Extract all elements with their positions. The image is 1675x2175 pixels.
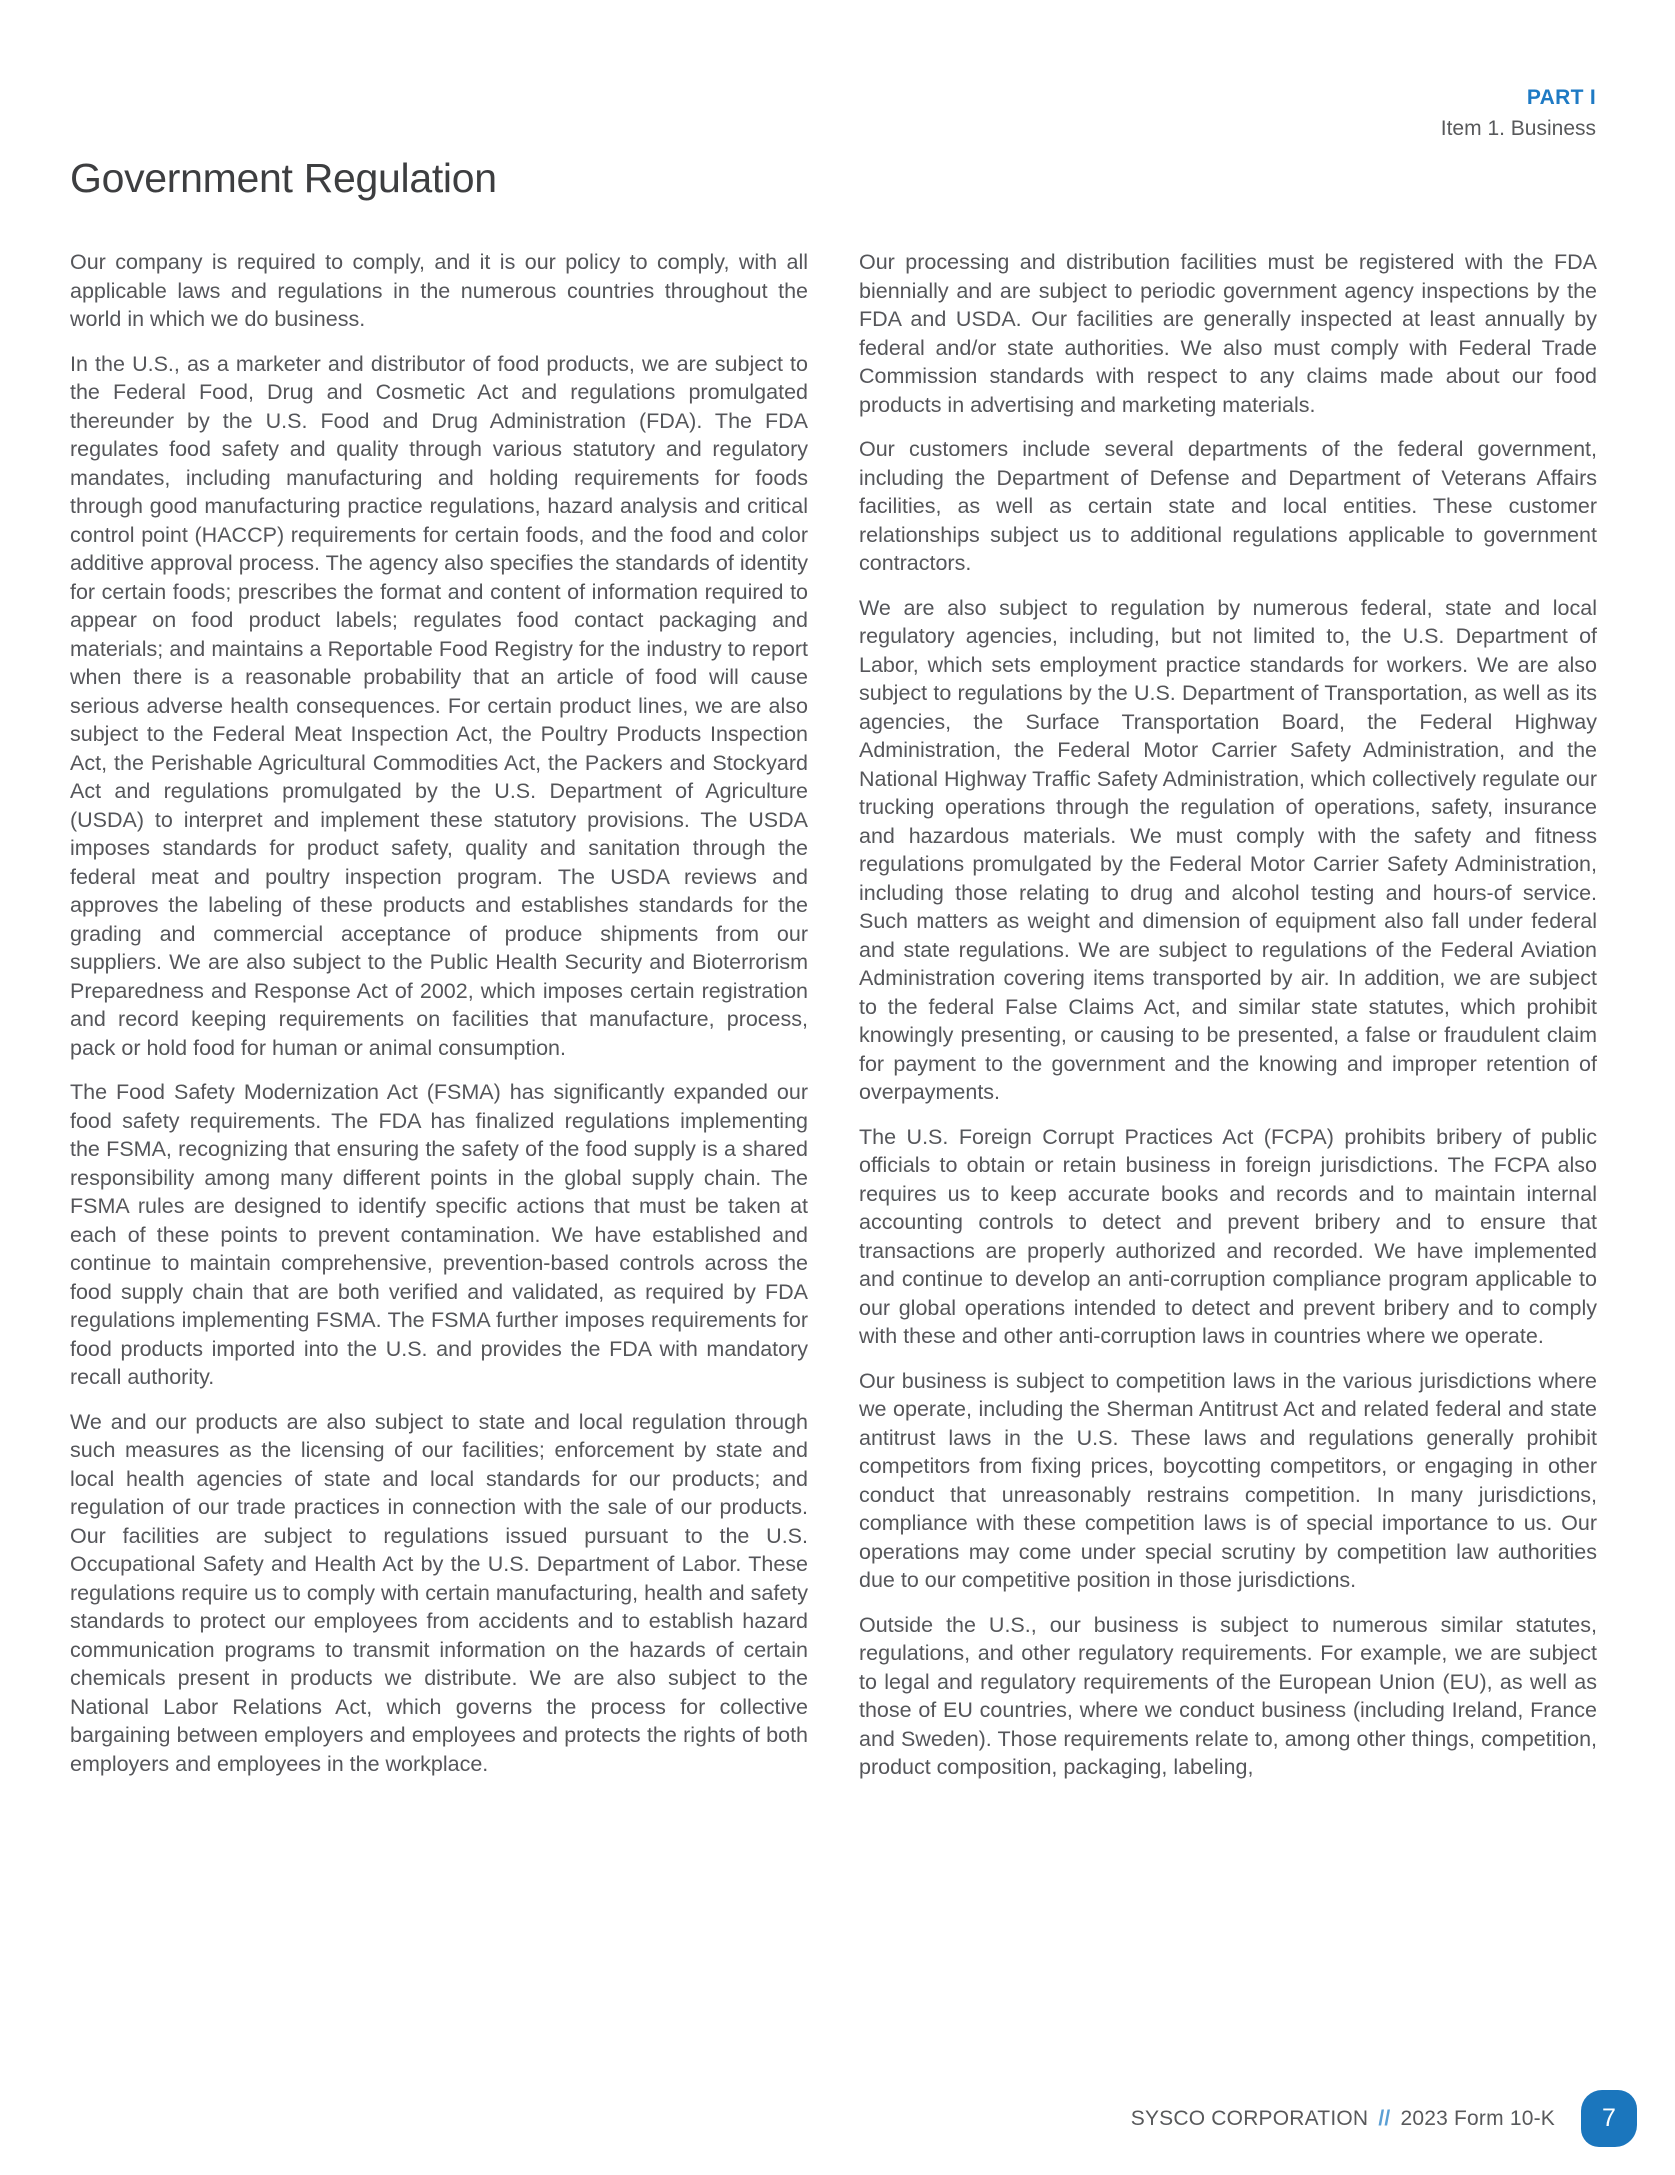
item-label: Item 1. Business <box>1441 117 1596 141</box>
document-page: PART I Item 1. Business Government Regul… <box>0 0 1675 2175</box>
paragraph: Our business is subject to competition l… <box>859 1367 1597 1595</box>
footer-company: SYSCO CORPORATION <box>1131 2107 1369 2130</box>
footer-separator: // <box>1374 2107 1394 2130</box>
page-header: PART I Item 1. Business <box>1441 86 1596 141</box>
paragraph: In the U.S., as a marketer and distribut… <box>70 350 808 1063</box>
page-number-badge: 7 <box>1581 2090 1637 2147</box>
body-columns: Our company is required to comply, and i… <box>70 248 1597 1782</box>
footer-form-label: 2023 Form 10-K <box>1400 2107 1555 2130</box>
part-label: PART I <box>1441 86 1596 110</box>
paragraph: Our processing and distribution faciliti… <box>859 248 1597 419</box>
page-title: Government Regulation <box>70 155 497 202</box>
footer-text: SYSCO CORPORATION // 2023 Form 10-K <box>1131 2107 1555 2131</box>
right-column: Our processing and distribution faciliti… <box>859 248 1597 1782</box>
paragraph: The Food Safety Modernization Act (FSMA)… <box>70 1078 808 1392</box>
paragraph: The U.S. Foreign Corrupt Practices Act (… <box>859 1123 1597 1351</box>
paragraph: We are also subject to regulation by num… <box>859 594 1597 1107</box>
paragraph: Our company is required to comply, and i… <box>70 248 808 334</box>
left-column: Our company is required to comply, and i… <box>70 248 808 1782</box>
page-footer: SYSCO CORPORATION // 2023 Form 10-K 7 <box>1131 2090 1637 2147</box>
paragraph: Our customers include several department… <box>859 435 1597 578</box>
paragraph: We and our products are also subject to … <box>70 1408 808 1779</box>
paragraph: Outside the U.S., our business is subjec… <box>859 1611 1597 1782</box>
